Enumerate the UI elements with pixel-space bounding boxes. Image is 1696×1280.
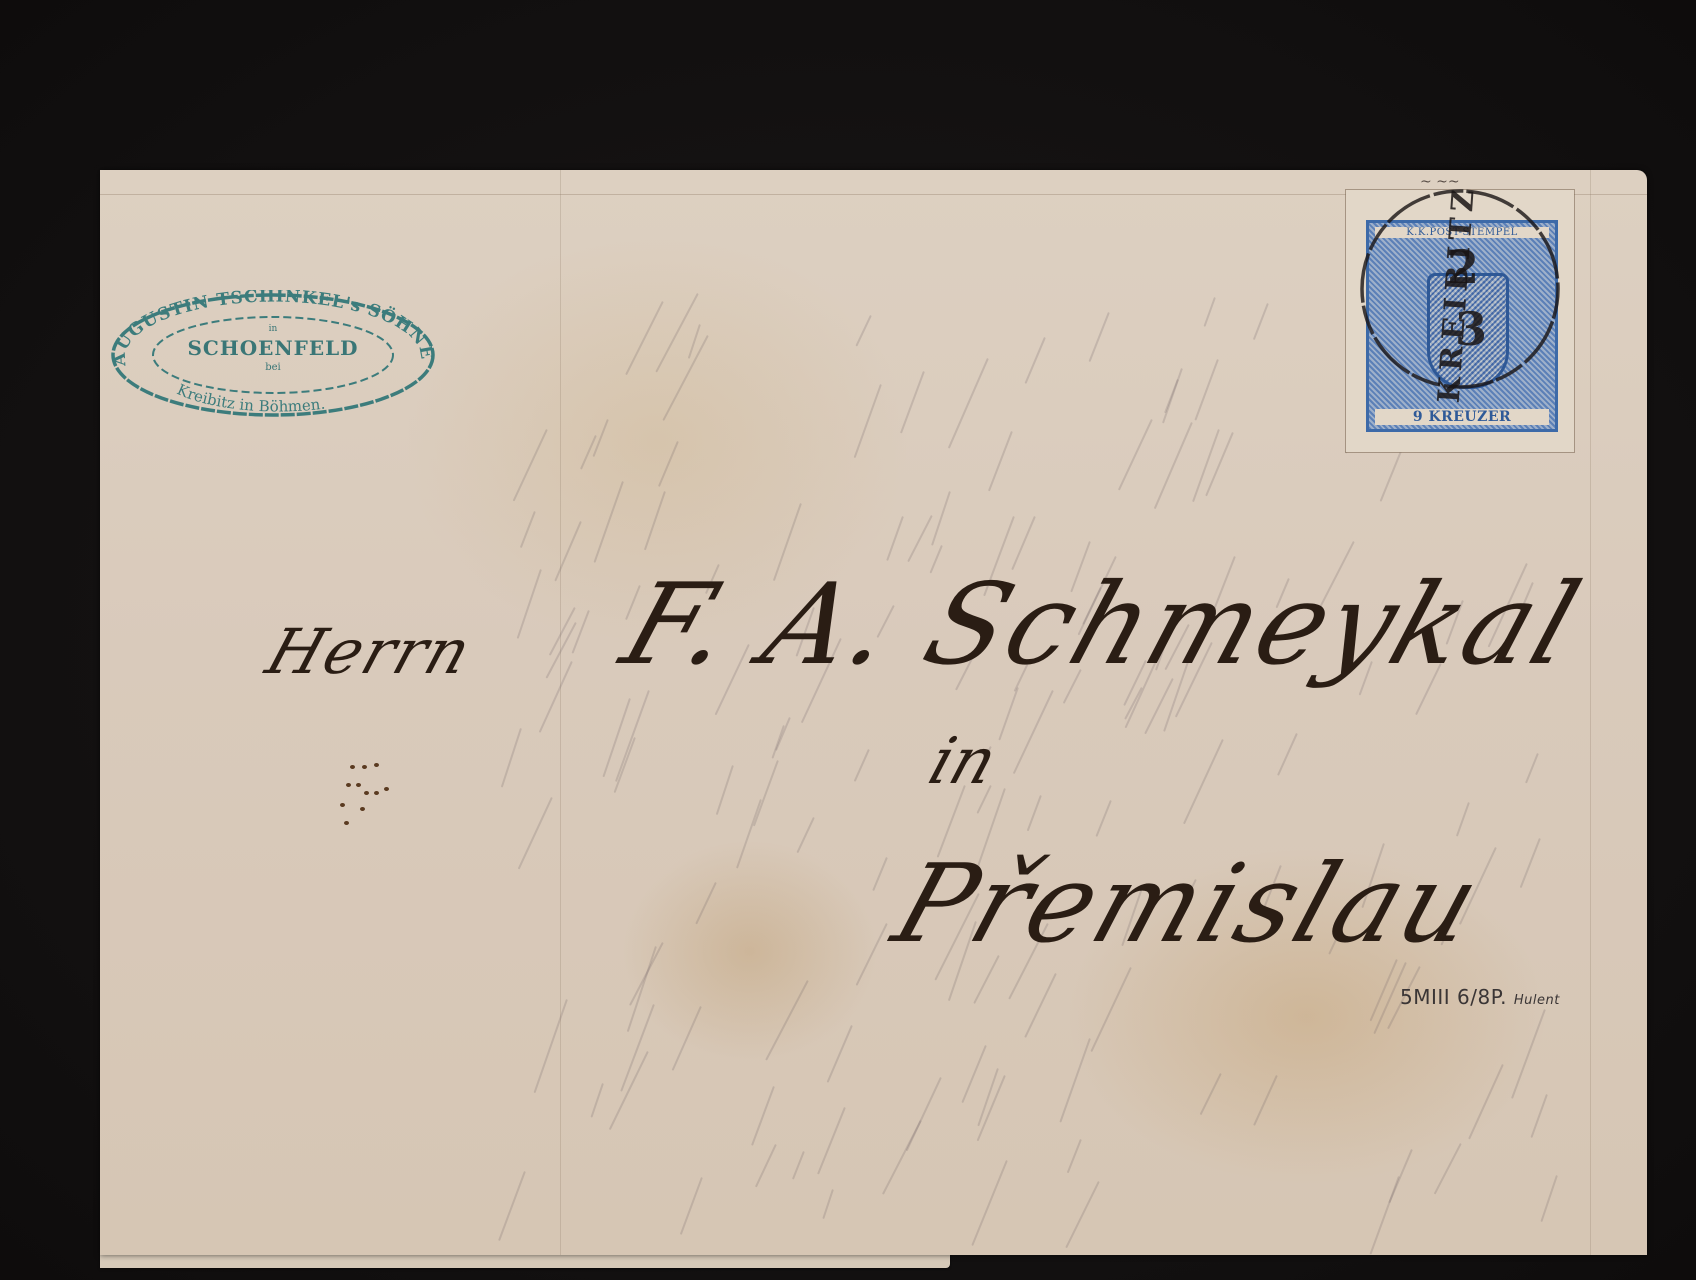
ghost-stroke [658,441,679,487]
postmark: KREIBITZ 2 3 [1355,184,1565,394]
ghost-stroke [620,1004,655,1091]
ghost-stroke [1520,838,1541,888]
ghost-stroke [1095,800,1111,837]
ghost-stroke [1024,337,1045,383]
ghost-stroke [1205,432,1234,497]
ghost-stroke [1434,1143,1462,1194]
svg-text:Kreibitz in Böhmen.: Kreibitz in Böhmen. [174,380,326,415]
fold-line [1590,170,1591,1255]
ghost-stroke [1253,303,1269,340]
address-preposition: in [920,725,1006,799]
ghost-stroke [822,1189,834,1219]
ghost-stroke [1025,973,1058,1038]
letter-bottom-flap [100,1255,950,1268]
ghost-stroke [751,1086,775,1146]
folded-letter: ~ ~~ AUGUSTIN TSCHINKEL's SÖHNE Kreibitz… [100,170,1647,1255]
ghost-stroke [517,569,542,639]
ghost-stroke [827,1025,853,1083]
sender-cachet: AUGUSTIN TSCHINKEL's SÖHNE Kreibitz in B… [108,290,438,420]
ghost-stroke [962,1045,987,1103]
ghost-stroke [971,1160,1008,1246]
ghost-stroke [533,999,567,1094]
ghost-stroke [755,1144,777,1187]
ghost-stroke [498,1171,526,1241]
ghost-stroke [1525,753,1539,784]
pencil-note: Hulent [1514,993,1560,1008]
ghost-stroke [753,760,779,826]
ghost-stroke [791,1151,804,1180]
ghost-stroke [854,384,882,458]
ghost-stroke [1183,739,1224,825]
address-town: Přemislau [880,842,1497,967]
ghost-stroke [1124,687,1143,720]
pencil-annotation: 5MIII 6/8P. Hulent [1400,985,1560,1009]
ghost-stroke [538,661,572,733]
ghost-stroke [672,1006,702,1071]
ghost-stroke [771,725,784,758]
ghost-stroke [695,882,717,925]
ghost-stroke [1027,795,1042,831]
ghost-stroke [947,358,988,449]
ghost-stroke [613,737,635,793]
ghost-stroke [555,521,582,581]
cachet-town: SCHOENFELD [108,336,438,360]
ghost-stroke [931,491,951,546]
ghost-stroke [1531,1094,1548,1138]
ghost-stroke [1118,419,1153,490]
ghost-stroke [1540,1175,1557,1222]
ghost-stroke [1456,802,1470,837]
fold-line [560,170,561,1255]
ghost-stroke [872,857,888,891]
photo-stage: ~ ~~ AUGUSTIN TSCHINKEL's SÖHNE Kreibitz… [0,0,1696,1280]
ghost-stroke [1200,1073,1222,1115]
ghost-stroke [856,315,872,347]
ghost-stroke [853,749,869,782]
ghost-stroke [1153,422,1192,509]
ghost-stroke [716,765,734,815]
ghost-stroke [1013,690,1054,774]
ghost-stroke [629,942,664,1006]
address-salutation: Herrn [258,615,482,688]
ghost-stroke [590,1083,603,1118]
ghost-stroke [1203,297,1215,327]
ghost-stroke [1065,1181,1100,1249]
ghost-stroke [1380,451,1402,502]
ghost-stroke [796,817,814,853]
ghost-stroke [644,491,666,550]
ghost-stroke [571,610,589,654]
ghost-stroke [817,1107,846,1174]
ghost-stroke [1194,359,1218,421]
ghost-stroke [886,516,904,561]
ghost-stroke [615,690,650,782]
ghost-stroke [520,511,536,548]
ghost-stroke [988,431,1013,491]
ghost-stroke [900,371,925,434]
ghost-stroke [1164,379,1179,413]
ghost-stroke [518,797,553,870]
ghost-stroke [609,1051,649,1130]
ghost-stroke [1162,368,1183,424]
ghost-stroke [1388,1149,1413,1203]
cachet-line-in: in [108,324,438,334]
ghost-stroke [594,481,624,563]
ghost-stroke [501,728,522,788]
ghost-stroke [1511,1009,1546,1099]
ghost-stroke [906,1077,942,1151]
ghost-stroke [1090,967,1132,1052]
cachet-line-bei: bei [108,362,438,373]
ghost-stroke [1277,733,1298,776]
stamp-value: 9 KREUZER [1375,409,1549,425]
ghost-stroke [1060,1038,1092,1123]
ghost-stroke [1253,1075,1278,1126]
ghost-stroke [1088,312,1109,362]
ghost-stroke [512,429,547,502]
postmark-month: 3 [1455,302,1487,356]
ghost-stroke [765,980,809,1061]
ghost-stroke [908,515,933,562]
ghost-stroke [679,1177,702,1235]
address-recipient-name: F. A. Schmeykal [608,560,1597,690]
ghost-stroke [603,698,631,777]
ghost-stroke [1066,1139,1081,1173]
pencil-catalog-number: 5MIII 6/8P. [1400,985,1507,1009]
postmark-day: 2 [1447,240,1479,294]
ghost-stroke [736,799,762,868]
ghost-stroke [1468,1064,1504,1140]
